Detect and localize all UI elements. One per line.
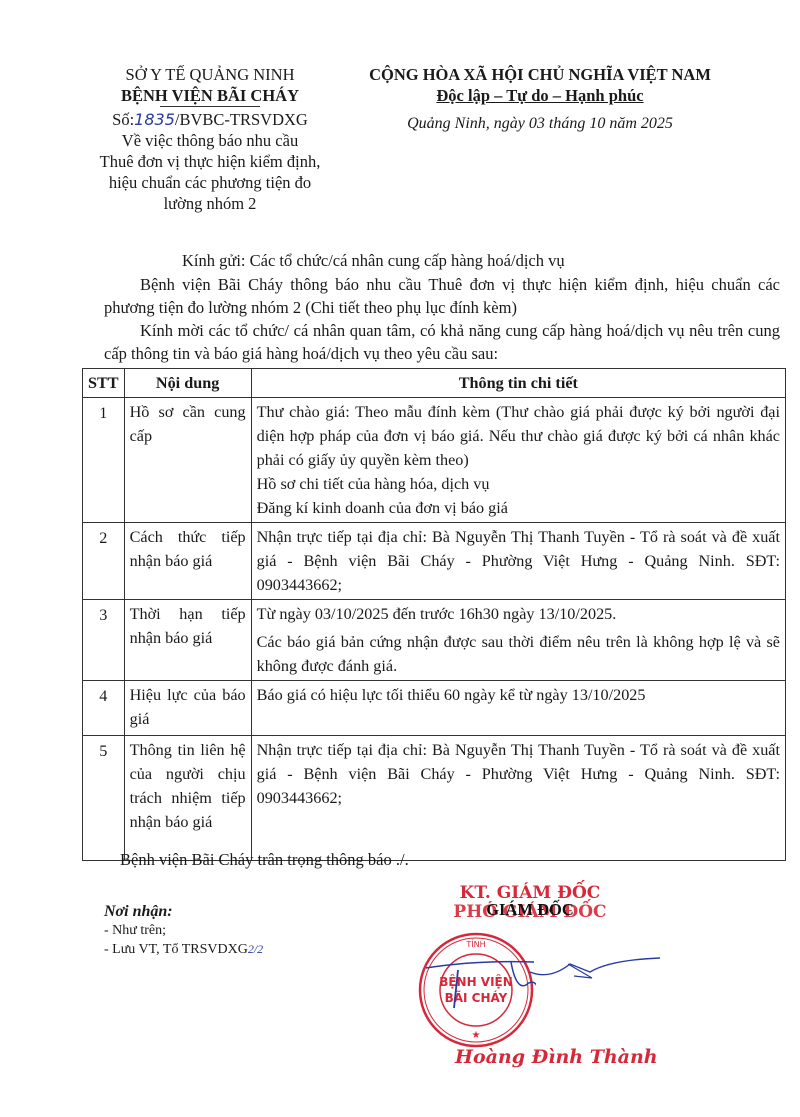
- row-content: Hiệu lực của báo giá: [124, 681, 251, 736]
- detail-line: Các báo giá bản cứng nhận được sau thời …: [257, 630, 780, 678]
- row-content: Cách thức tiếp nhận báo giá: [124, 523, 251, 600]
- svg-text:★: ★: [472, 1030, 481, 1041]
- paragraph-notice: Bệnh viện Bãi Cháy thông báo nhu cầu Thu…: [104, 273, 780, 319]
- row-details: Nhận trực tiếp tại địa chỉ: Bà Nguyễn Th…: [251, 736, 785, 861]
- closing-statement: Bệnh viện Bãi Cháy trân trọng thông báo …: [120, 850, 409, 870]
- column-header-content: Nội dung: [124, 369, 251, 398]
- requirements-table: STT Nội dung Thông tin chi tiết 1Hồ sơ c…: [82, 368, 786, 861]
- row-details: Thư chào giá: Theo mẫu đính kèm (Thư chà…: [251, 398, 785, 523]
- detail-line: Nhận trực tiếp tại địa chỉ: Bà Nguyễn Th…: [257, 738, 780, 810]
- detail-line: Hồ sơ chi tiết của hàng hóa, dịch vụ: [257, 472, 780, 496]
- row-number: 3: [83, 600, 125, 681]
- row-details: Nhận trực tiếp tại địa chỉ: Bà Nguyễn Th…: [251, 523, 785, 600]
- ministry-name: SỞ Y TẾ QUẢNG NINH: [80, 64, 340, 85]
- subject-line: Về việc thông báo nhu cầu: [80, 130, 340, 151]
- detail-line: Báo giá có hiệu lực tối thiểu 60 ngày kể…: [257, 683, 780, 707]
- row-details: Từ ngày 03/10/2025 đến trước 16h30 ngày …: [251, 600, 785, 681]
- header-divider: [160, 106, 260, 107]
- column-header-stt: STT: [83, 369, 125, 398]
- recipient-item: - Lưu VT, Tổ TRSVDXG2/2: [104, 940, 263, 959]
- subject-line: lường nhóm 2: [80, 193, 340, 214]
- subject-line: Thuê đơn vị thực hiện kiểm định,: [80, 151, 340, 172]
- recipient-item: - Như trên;: [104, 921, 263, 940]
- official-seal-icon: TỈNH BỆNH VIỆN BÃI CHÁY ★: [416, 930, 536, 1050]
- column-header-details: Thông tin chi tiết: [251, 369, 785, 398]
- printed-director-title: GIÁM ĐỐC: [400, 900, 660, 920]
- national-motto: Độc lập – Tự do – Hạnh phúc: [340, 85, 740, 106]
- signer-name: Hoàng Đình Thành: [455, 1046, 658, 1068]
- paragraph-invitation: Kính mời các tổ chức/ cá nhân quan tâm, …: [104, 319, 780, 365]
- national-title: CỘNG HÒA XÃ HỘI CHỦ NGHĨA VIỆT NAM: [340, 64, 740, 85]
- seal-center-line1: BỆNH VIỆN: [439, 974, 513, 989]
- table-row: 1Hồ sơ cần cung cấpThư chào giá: Theo mẫ…: [83, 398, 786, 523]
- intro-body: Bệnh viện Bãi Cháy thông báo nhu cầu Thu…: [104, 273, 780, 365]
- table-row: 2Cách thức tiếp nhận báo giáNhận trực ti…: [83, 523, 786, 600]
- hospital-name: BỆNH VIỆN BÃI CHÁY: [80, 85, 340, 106]
- row-content: Thông tin liên hệ của người chịu trách n…: [124, 736, 251, 861]
- table-row: 4Hiệu lực của báo giáBáo giá có hiệu lực…: [83, 681, 786, 736]
- document-number-handwritten: 1835: [134, 110, 175, 129]
- row-content: Hồ sơ cần cung cấp: [124, 398, 251, 523]
- detail-line: Nhận trực tiếp tại địa chỉ: Bà Nguyễn Th…: [257, 525, 780, 597]
- row-content: Thời hạn tiếp nhận báo giá: [124, 600, 251, 681]
- national-header: CỘNG HÒA XÃ HỘI CHỦ NGHĨA VIỆT NAM Độc l…: [340, 64, 740, 133]
- document-number-prefix: Số:: [112, 110, 134, 129]
- document-number-suffix: /BVBC-TRSVDXG: [175, 110, 308, 129]
- row-details: Báo giá có hiệu lực tối thiểu 60 ngày kể…: [251, 681, 785, 736]
- table-header-row: STT Nội dung Thông tin chi tiết: [83, 369, 786, 398]
- signature-block: KT. GIÁM ĐỐC PHÓ GIÁM ĐỐC GIÁM ĐỐC TỈNH …: [400, 880, 660, 1100]
- detail-line: Từ ngày 03/10/2025 đến trước 16h30 ngày …: [257, 602, 780, 626]
- table-row: 3Thời hạn tiếp nhận báo giáTừ ngày 03/10…: [83, 600, 786, 681]
- row-number: 1: [83, 398, 125, 523]
- place-date: Quảng Ninh, ngày 03 tháng 10 năm 2025: [340, 115, 740, 133]
- handwritten-initials: 2/2: [248, 942, 263, 956]
- document-number: Số:1835/BVBC-TRSVDXG: [80, 109, 340, 130]
- recipients-title: Nơi nhận:: [104, 902, 263, 921]
- row-number: 2: [83, 523, 125, 600]
- signature-stroke-icon: [530, 950, 660, 990]
- seal-top-text: TỈNH: [465, 938, 485, 949]
- subject-line: hiệu chuẩn các phương tiện đo: [80, 172, 340, 193]
- table-row: 5Thông tin liên hệ của người chịu trách …: [83, 736, 786, 861]
- row-number: 5: [83, 736, 125, 861]
- issuing-agency-header: SỞ Y TẾ QUẢNG NINH BỆNH VIỆN BÃI CHÁY Số…: [80, 64, 340, 214]
- row-number: 4: [83, 681, 125, 736]
- detail-line: Thư chào giá: Theo mẫu đính kèm (Thư chà…: [257, 400, 780, 472]
- addressee: Kính gửi: Các tổ chức/cá nhân cung cấp h…: [182, 249, 782, 272]
- detail-line: Đăng kí kinh doanh của đơn vị báo giá: [257, 496, 780, 520]
- recipients-block: Nơi nhận: - Như trên; - Lưu VT, Tổ TRSVD…: [104, 902, 263, 959]
